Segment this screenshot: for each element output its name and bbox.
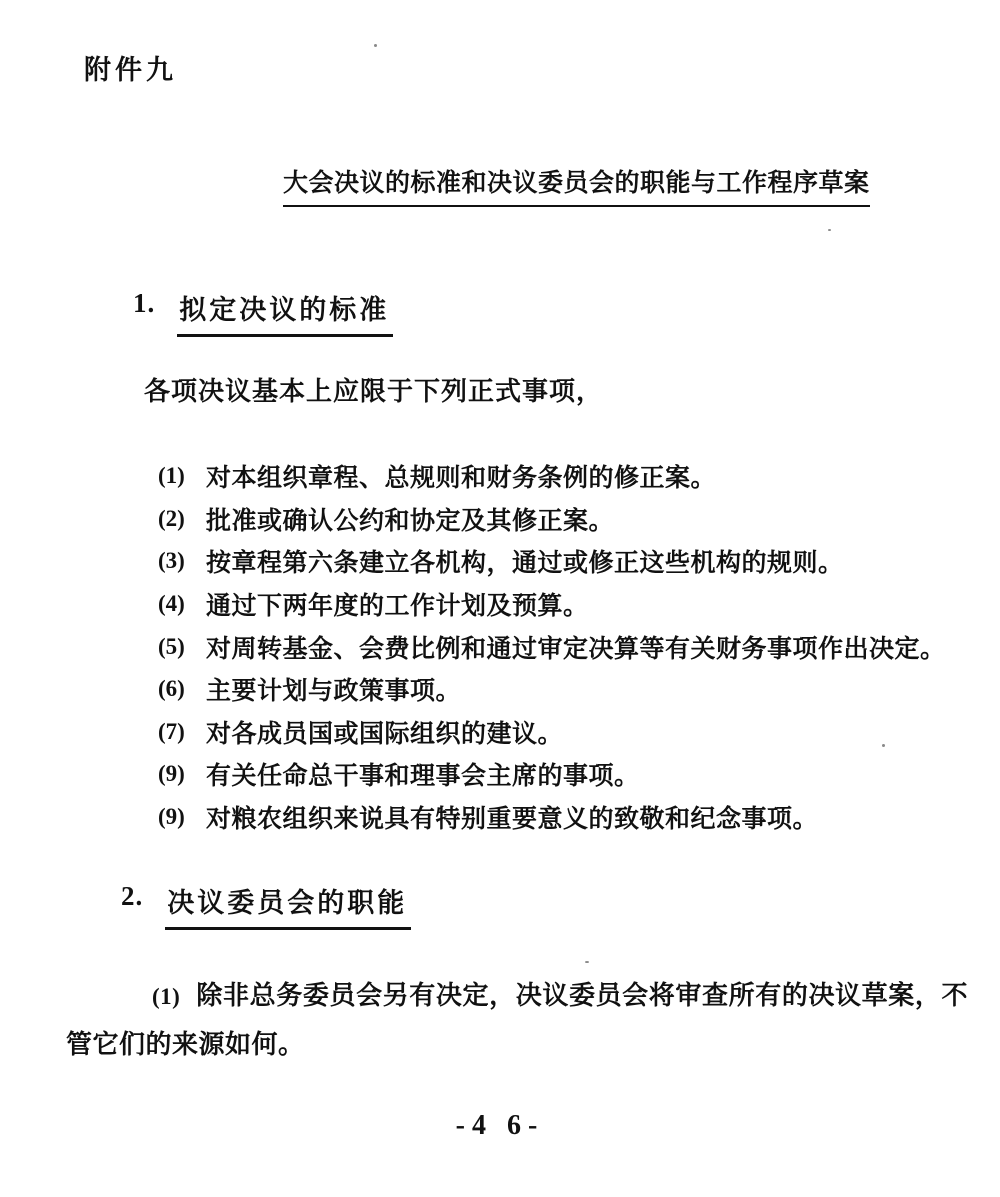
document-title: 大会决议的标准和决议委员会的职能与工作程序草案 <box>283 163 870 207</box>
item-number: (6) <box>158 676 206 702</box>
section-2-title: 决议委员会的职能 <box>165 881 411 930</box>
list-item: (6) 主要计划与政策事项。 <box>158 668 968 711</box>
scan-speck <box>882 744 885 747</box>
item-number: (3) <box>158 548 206 574</box>
list-item: (1) 对本组织章程、总规则和财务条例的修正案。 <box>158 455 968 498</box>
section-1-title: 拟定决议的标准 <box>177 288 393 337</box>
item-text: 有关任命总干事和理事会主席的事项。 <box>206 756 640 792</box>
paragraph-number: (1) <box>152 984 180 1009</box>
list-item: (9) 有关任命总干事和理事会主席的事项。 <box>158 753 968 796</box>
list-item: (4) 通过下两年度的工作计划及预算。 <box>158 583 968 626</box>
resolution-criteria-list: (1) 对本组织章程、总规则和财务条例的修正案。 (2) 批准或确认公约和协定及… <box>158 455 968 838</box>
item-text: 通过下两年度的工作计划及预算。 <box>206 586 589 622</box>
paragraph-text: 除非总务委员会另有决定，决议委员会将审查所有的决议草案，不管它们的来源如何。 <box>66 981 968 1059</box>
item-number: (1) <box>158 463 206 489</box>
item-number: (4) <box>158 591 206 617</box>
list-item: (3) 按章程第六条建立各机构，通过或修正这些机构的规则。 <box>158 540 968 583</box>
document-page: 附件九 大会决议的标准和决议委员会的职能与工作程序草案 1. 拟定决议的标准 各… <box>0 0 1000 1197</box>
item-text: 批准或确认公约和协定及其修正案。 <box>206 501 614 537</box>
page-number: -4 6- <box>0 1110 1000 1142</box>
section-2-paragraph: (1)除非总务委员会另有决定，决议委员会将审查所有的决议草案，不管它们的来源如何… <box>66 972 968 1069</box>
item-number: (9) <box>158 804 206 830</box>
scan-speck <box>585 961 589 963</box>
section-1-intro: 各项决议基本上应限于下列正式事项， <box>144 371 603 408</box>
list-item: (2) 批准或确认公约和协定及其修正案。 <box>158 498 968 541</box>
list-item: (5) 对周转基金、会费比例和通过审定决算等有关财务事项作出决定。 <box>158 625 968 668</box>
item-number: (9) <box>158 761 206 787</box>
item-text: 对粮农组织来说具有特别重要意义的致敬和纪念事项。 <box>206 799 818 835</box>
section-1-number: 1. <box>133 288 155 319</box>
item-text: 对各成员国或国际组织的建议。 <box>206 714 563 750</box>
list-item: (7) 对各成员国或国际组织的建议。 <box>158 711 968 754</box>
item-number: (2) <box>158 506 206 532</box>
item-number: (5) <box>158 634 206 660</box>
scan-speck <box>374 44 377 47</box>
list-item: (9) 对粮农组织来说具有特别重要意义的致敬和纪念事项。 <box>158 796 968 839</box>
item-text: 按章程第六条建立各机构，通过或修正这些机构的规则。 <box>206 543 844 579</box>
item-text: 主要计划与政策事项。 <box>206 671 461 707</box>
item-number: (7) <box>158 719 206 745</box>
annex-label: 附件九 <box>84 48 177 87</box>
section-2-heading: 2. 决议委员会的职能 <box>121 881 411 930</box>
section-1-heading: 1. 拟定决议的标准 <box>133 288 393 337</box>
scan-speck <box>828 229 831 231</box>
item-text: 对本组织章程、总规则和财务条例的修正案。 <box>206 458 716 494</box>
section-2-number: 2. <box>121 881 143 912</box>
item-text: 对周转基金、会费比例和通过审定决算等有关财务事项作出决定。 <box>206 629 946 665</box>
